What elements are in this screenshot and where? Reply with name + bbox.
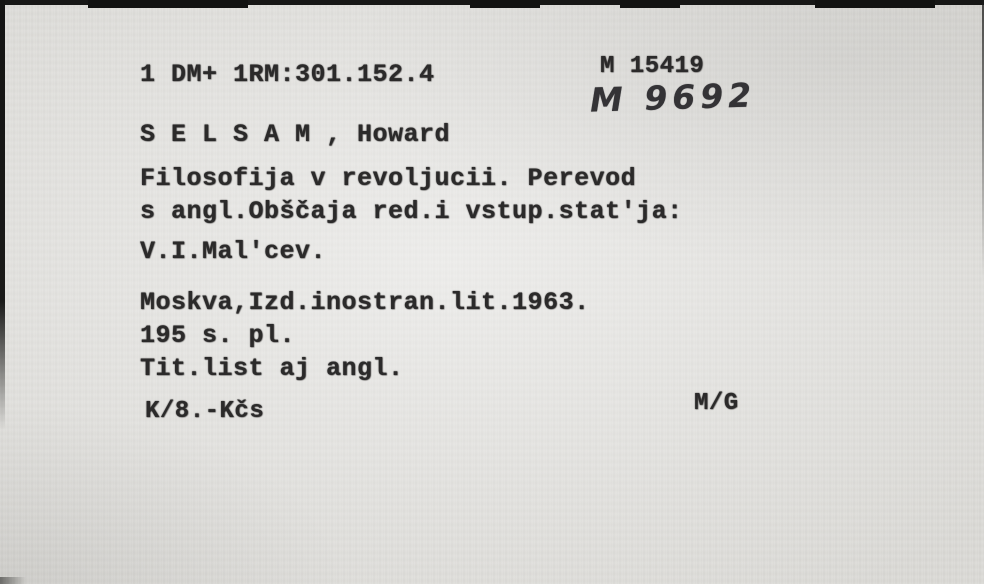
scan-edge-blob — [88, 0, 248, 8]
collation-line: 195 s. pl. — [140, 321, 295, 350]
scan-edge-blob — [815, 0, 935, 8]
author-heading: S E L S A M , Howard — [140, 120, 450, 149]
price-code: K/8.-Kčs — [145, 398, 264, 425]
scan-edge-blob — [470, 0, 540, 8]
accession-number-handwritten: M 9692 — [589, 75, 756, 119]
classification-notation: 1 DM+ 1RM:301.152.4 — [140, 60, 435, 89]
scan-edge-top — [0, 0, 984, 5]
title-statement-line: Filosofija v revoljucii. Perevod — [140, 164, 636, 193]
scan-corner-bottom-left — [0, 577, 26, 584]
cataloguer-initials: M/G — [694, 390, 739, 417]
title-statement-line: V.I.Mal'cev. — [140, 237, 326, 266]
title-statement-line: s angl.Obščaja red.i vstup.stat'ja: — [140, 197, 683, 226]
accession-number-typed: M 15419 — [600, 53, 704, 80]
catalog-card-scan: 1 DM+ 1RM:301.152.4 M 15419 M 9692 S E L… — [0, 0, 984, 584]
imprint-line: Moskva,Izd.inostran.lit.1963. — [140, 288, 590, 317]
note-line: Tit.list aj angl. — [140, 354, 404, 383]
scan-edge-blob — [620, 0, 680, 8]
scan-edge-left — [0, 0, 5, 430]
